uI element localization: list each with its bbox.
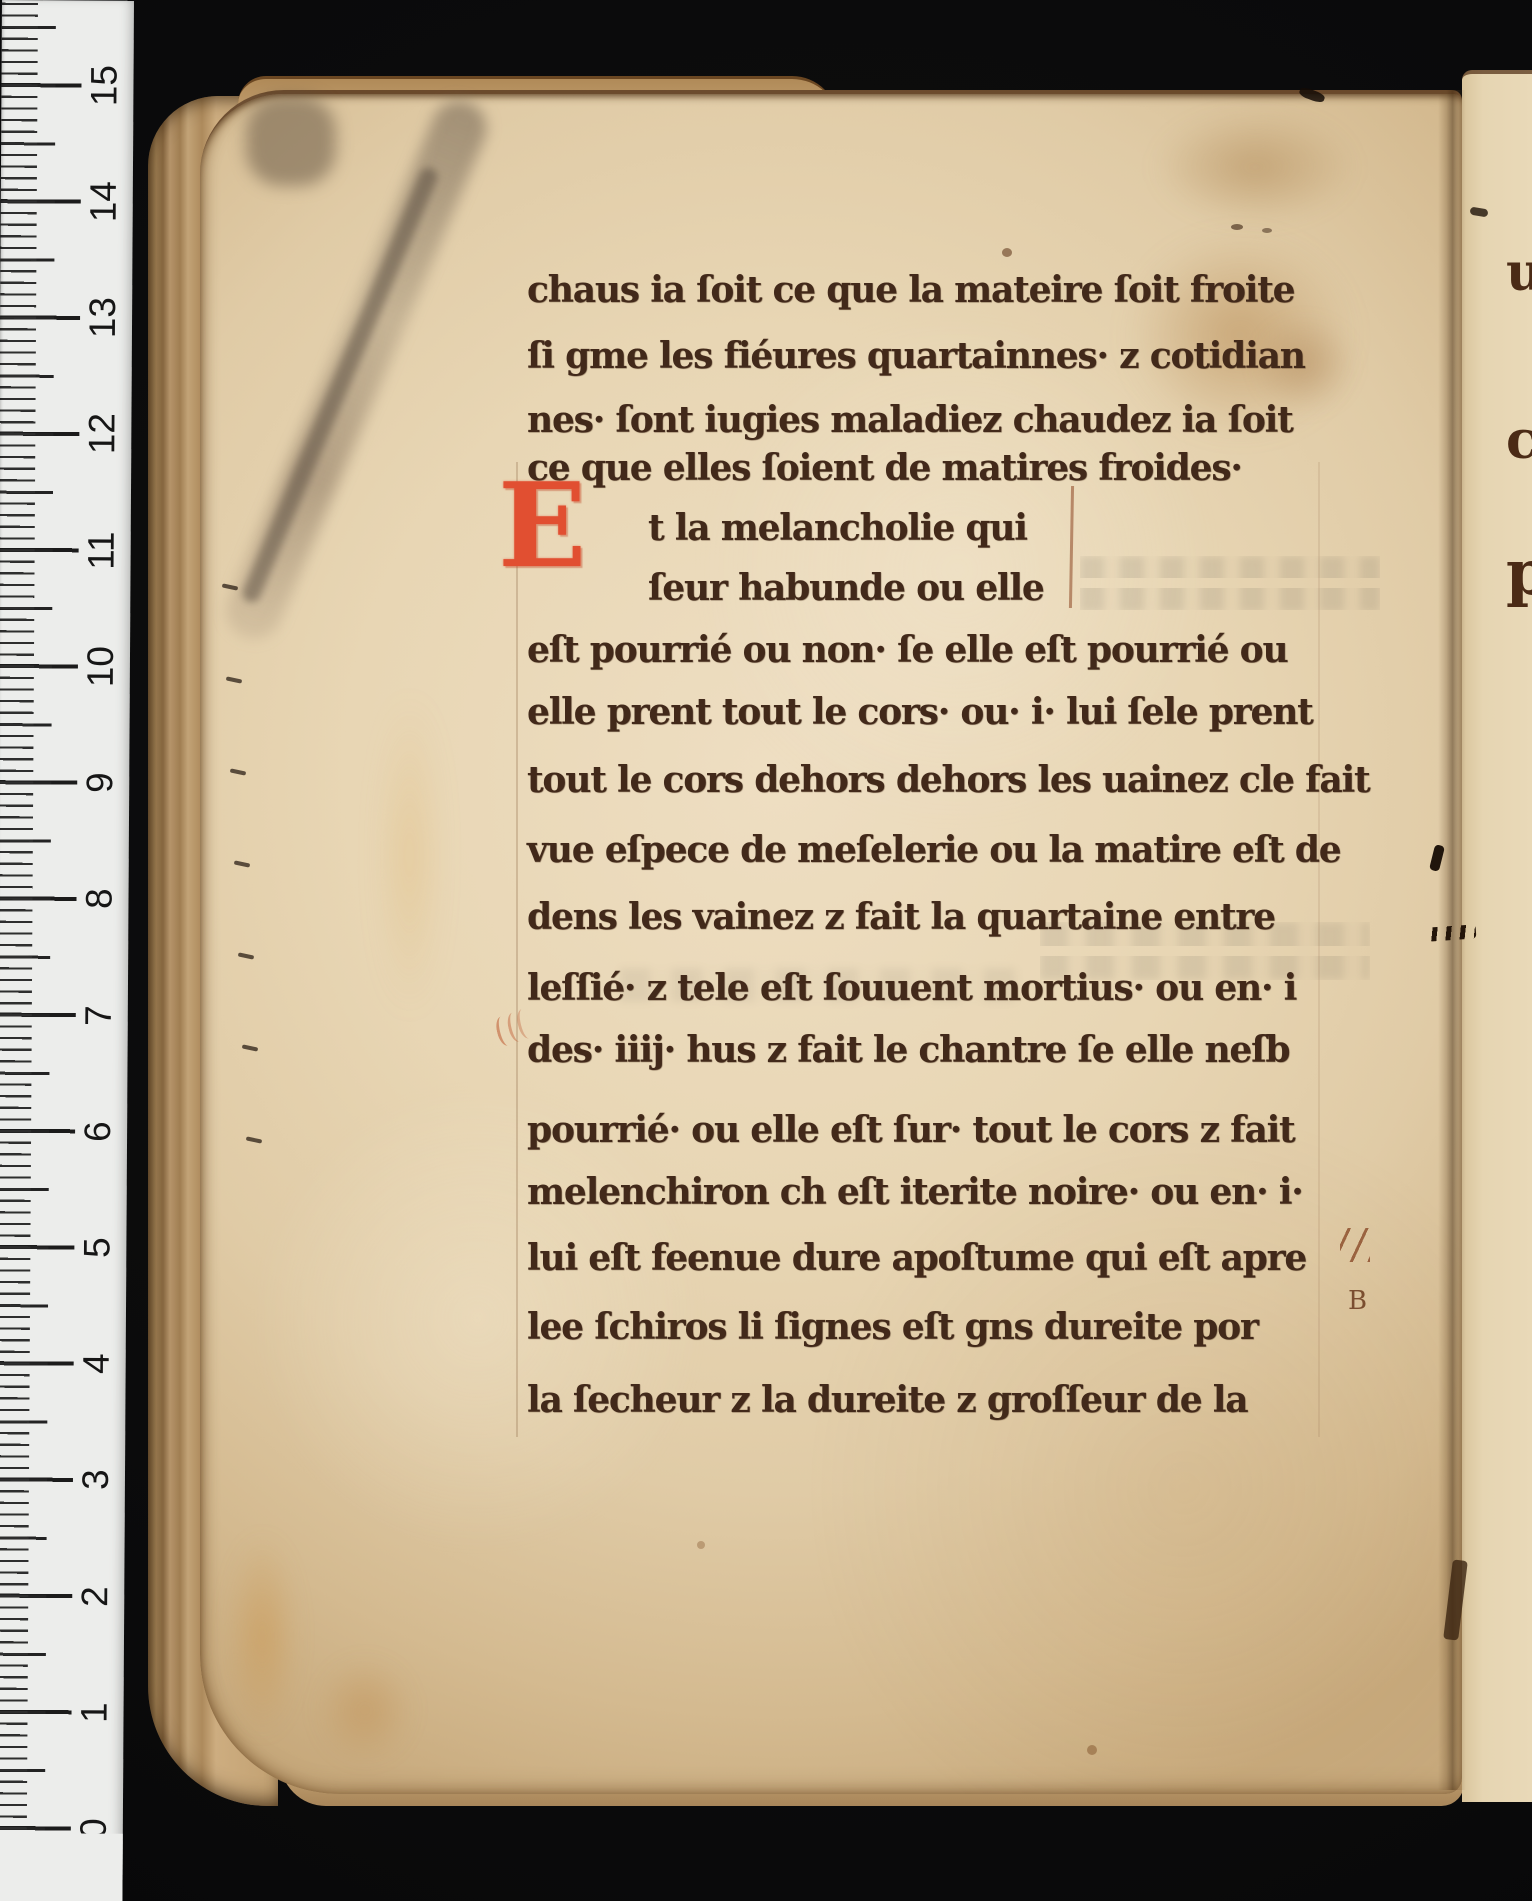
- manuscript-line: ſi gme les fiéures quartainnes· z cotidi…: [527, 331, 1305, 381]
- manuscript-line: elle prent tout le cors· ou· i· lui ſele…: [527, 687, 1313, 737]
- manuscript-line: ſeur habunde ou elle: [648, 563, 1044, 613]
- manuscript-line: ce que elles ſoient de matires froides·: [527, 443, 1242, 493]
- rubricated-initial: E: [498, 468, 586, 584]
- marginal-slash-mark: [1340, 1228, 1370, 1262]
- manuscript-line: t la melancholie qui: [648, 503, 1027, 553]
- manuscript-line: vue eſpece de meſelerie ou la matire eſt…: [527, 825, 1340, 875]
- manuscript-line: lee ſchiros li ſignes eſt gns dureite po…: [527, 1302, 1258, 1352]
- manuscript-line: leſſié· z tele eſt ſouuent mortius· ou e…: [527, 963, 1296, 1013]
- manuscript-text-block: chaus ia ſoit ce que la mateire ſoit fro…: [0, 0, 1532, 1901]
- marginal-letter-mark: B: [1348, 1286, 1367, 1316]
- manuscript-line: lui eſt feenue dure apoſtume qui eſt apr…: [527, 1233, 1306, 1283]
- manuscript-line: chaus ia ſoit ce que la mateire ſoit fro…: [527, 265, 1294, 315]
- manuscript-line: la ſecheur z la dureite z groſſeur de la: [527, 1375, 1247, 1425]
- manuscript-photo: 0 1 2 3 4 5 6 7 8 9 10 11 12 13 14 15: [0, 0, 1532, 1901]
- manuscript-line: eſt pourrié ou non· ſe elle eſt pourrié …: [527, 625, 1287, 675]
- partial-glyph: c: [1506, 410, 1532, 471]
- manuscript-line: pourrié· ou elle eſt ſur· tout le cors z…: [527, 1105, 1294, 1155]
- manuscript-line: tout le cors dehors dehors les uainez cl…: [527, 755, 1369, 805]
- partial-glyph: p: [1506, 536, 1532, 609]
- manuscript-line: des· iiij· hus z fait le chantre ſe elle…: [527, 1025, 1289, 1075]
- partial-glyph: u: [1506, 242, 1532, 303]
- manuscript-line: nes· ſont iugies maladiez chaudez ia ſoi…: [527, 395, 1293, 445]
- manuscript-line: melenchiron ch eſt iterite noire· ou en·…: [527, 1167, 1303, 1217]
- manuscript-line: dens les vainez z fait la quartaine entr…: [527, 892, 1275, 942]
